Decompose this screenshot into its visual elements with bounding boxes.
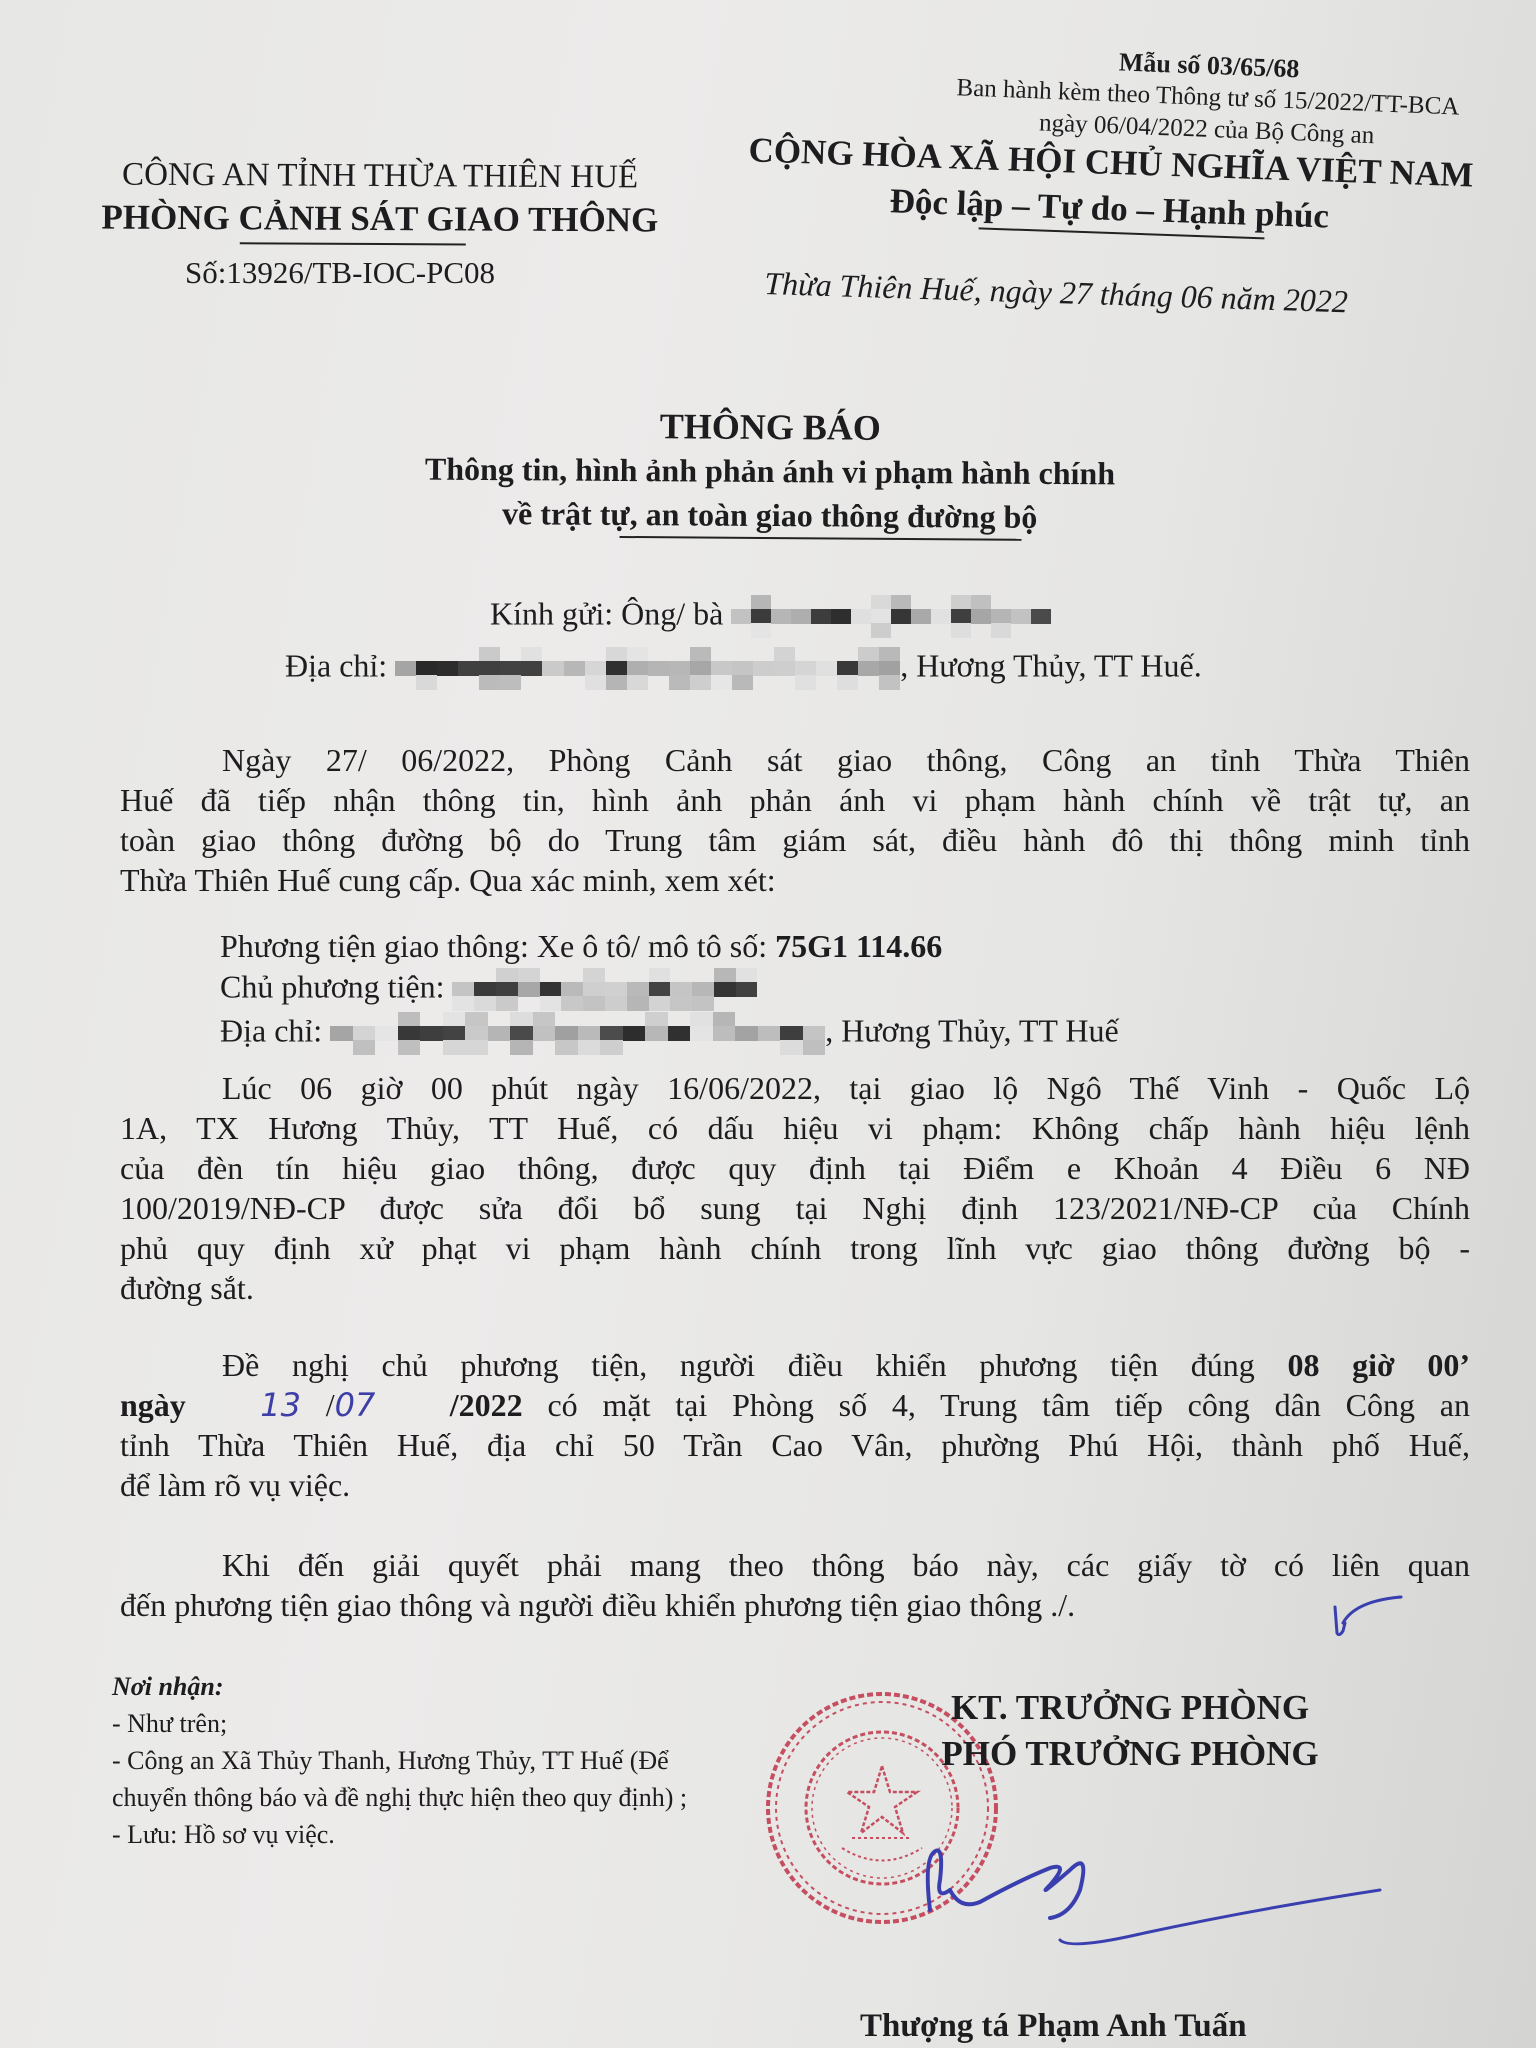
redacted-owner-address xyxy=(330,1012,825,1056)
notice-document: Mẫu số 03/65/68 Ban hành kèm theo Thông … xyxy=(0,0,1536,2048)
recipient-item: - Lưu: Hồ sơ vụ việc. xyxy=(112,1816,732,1853)
redacted-address xyxy=(395,647,900,691)
owner-label: Chủ phương tiện: xyxy=(220,968,444,1004)
text-line: Lúc 06 giờ 00 phút ngày 16/06/2022, tại … xyxy=(120,1068,1470,1108)
summons-location: có mặt tại Phòng số 4, Trung tâm tiếp cô… xyxy=(523,1387,1470,1423)
title-block: THÔNG BÁO Thông tin, hình ảnh phản ánh v… xyxy=(320,402,1221,542)
handwritten-month: 07 xyxy=(335,1386,376,1424)
text-line: của đèn tín hiệu giao thông, được quy đị… xyxy=(120,1148,1470,1188)
owner-address-line: Địa chỉ: , Hương Thủy, TT Huế xyxy=(220,1012,1119,1056)
salutation: Kính gửi: Ông/ bà xyxy=(490,595,723,631)
text-line: 1A, TX Hương Thủy, TT Huế, có dấu hiệu v… xyxy=(120,1108,1470,1148)
agency-parent: CÔNG AN TỈNH THỪA THIÊN HUẾ xyxy=(60,153,700,198)
handwritten-check-icon xyxy=(1325,1595,1415,1640)
paragraph-intro: Ngày 27/ 06/2022, Phòng Cảnh sát giao th… xyxy=(120,740,1470,900)
document-subtitle-2: về trật tự, an toàn giao thông đường bộ xyxy=(320,490,1220,540)
paragraph-violation: Lúc 06 giờ 00 phút ngày 16/06/2022, tại … xyxy=(120,1068,1470,1308)
redacted-owner xyxy=(452,968,757,1012)
paragraph-summons: Đề nghị chủ phương tiện, người điều khiể… xyxy=(120,1345,1470,1505)
place-date: Thừa Thiên Huế, ngày 27 tháng 06 năm 202… xyxy=(764,265,1349,320)
recipients-list: Nơi nhận: - Như trên; - Công an Xã Thủy … xyxy=(112,1668,732,1853)
document-title: THÔNG BÁO xyxy=(320,402,1220,452)
text-line: để làm rõ vụ việc. xyxy=(120,1465,1470,1505)
vehicle-line: Phương tiện giao thông: Xe ô tô/ mô tô s… xyxy=(220,928,942,965)
redacted-name xyxy=(731,595,1051,639)
text-line: phủ quy định xử phạt vi phạm hành chính … xyxy=(120,1228,1470,1268)
address-label: Địa chỉ: xyxy=(285,647,387,683)
signature-title: KT. TRƯỞNG PHÒNG PHÓ TRƯỞNG PHÒNG xyxy=(870,1685,1390,1777)
recipient-item: - Công an Xã Thủy Thanh, Hương Thủy, TT … xyxy=(112,1742,732,1816)
appointment-time: 08 giờ 00’ xyxy=(1287,1347,1470,1383)
text-line: tỉnh Thừa Thiên Huế, địa chỉ 50 Trần Cao… xyxy=(120,1425,1470,1465)
text-line: đến phương tiện giao thông và người điều… xyxy=(120,1585,1470,1625)
addressee-address: Địa chỉ: , Hương Thủy, TT Huế. xyxy=(285,647,1202,691)
recipients-heading: Nơi nhận: xyxy=(112,1668,732,1705)
signature-line-1: KT. TRƯỞNG PHÒNG xyxy=(870,1685,1390,1731)
text-line: Thừa Thiên Huế cung cấp. Qua xác minh, x… xyxy=(120,860,1470,900)
owner-address-suffix: , Hương Thủy, TT Huế xyxy=(825,1012,1119,1048)
vehicle-plate: 75G1 114.66 xyxy=(775,928,942,964)
text-line: Huế đã tiếp nhận thông tin, hình ảnh phả… xyxy=(120,780,1470,820)
agency-department: PHÒNG CẢNH SÁT GIAO THÔNG xyxy=(60,195,700,242)
addressee-line: Kính gửi: Ông/ bà xyxy=(490,595,1051,639)
signer-name: Thượng tá Phạm Anh Tuấn xyxy=(860,2008,1247,2045)
text-line: 100/2019/NĐ-CP được sửa đổi bổ sung tại … xyxy=(120,1188,1470,1228)
text-line: ngày 13 /07 /2022 có mặt tại Phòng số 4,… xyxy=(120,1385,1470,1425)
text-line: Khi đến giải quyết phải mang theo thông … xyxy=(120,1545,1470,1585)
text-line: Đề nghị chủ phương tiện, người điều khiể… xyxy=(120,1345,1470,1385)
text-line: toàn giao thông đường bộ do Trung tâm gi… xyxy=(120,820,1470,860)
handwritten-signature-icon xyxy=(920,1830,1400,1970)
signature-line-2: PHÓ TRƯỞNG PHÒNG xyxy=(870,1731,1390,1777)
owner-line: Chủ phương tiện: xyxy=(220,968,757,1012)
text-line: Ngày 27/ 06/2022, Phòng Cảnh sát giao th… xyxy=(120,740,1470,780)
handwritten-day: 13 xyxy=(260,1386,301,1424)
agency-header: CÔNG AN TỈNH THỪA THIÊN HUẾ PHÒNG CẢNH S… xyxy=(60,153,700,246)
summons-text: Đề nghị chủ phương tiện, người điều khiể… xyxy=(222,1347,1287,1383)
appointment-year: /2022 xyxy=(450,1387,523,1423)
vehicle-label: Phương tiện giao thông: Xe ô tô/ mô tô s… xyxy=(220,928,775,964)
owner-address-label: Địa chỉ: xyxy=(220,1012,322,1048)
document-number: Số:13926/TB-IOC-PC08 xyxy=(185,255,495,291)
recipient-item: - Như trên; xyxy=(112,1705,732,1742)
address-suffix: , Hương Thủy, TT Huế. xyxy=(900,647,1202,683)
appointment-day-label: ngày xyxy=(120,1387,186,1423)
agency-underline xyxy=(240,242,466,245)
paragraph-documents: Khi đến giải quyết phải mang theo thông … xyxy=(120,1545,1470,1625)
text-line: đường sắt. xyxy=(120,1268,1470,1308)
document-subtitle-1: Thông tin, hình ảnh phản ánh vi phạm hàn… xyxy=(320,446,1220,496)
